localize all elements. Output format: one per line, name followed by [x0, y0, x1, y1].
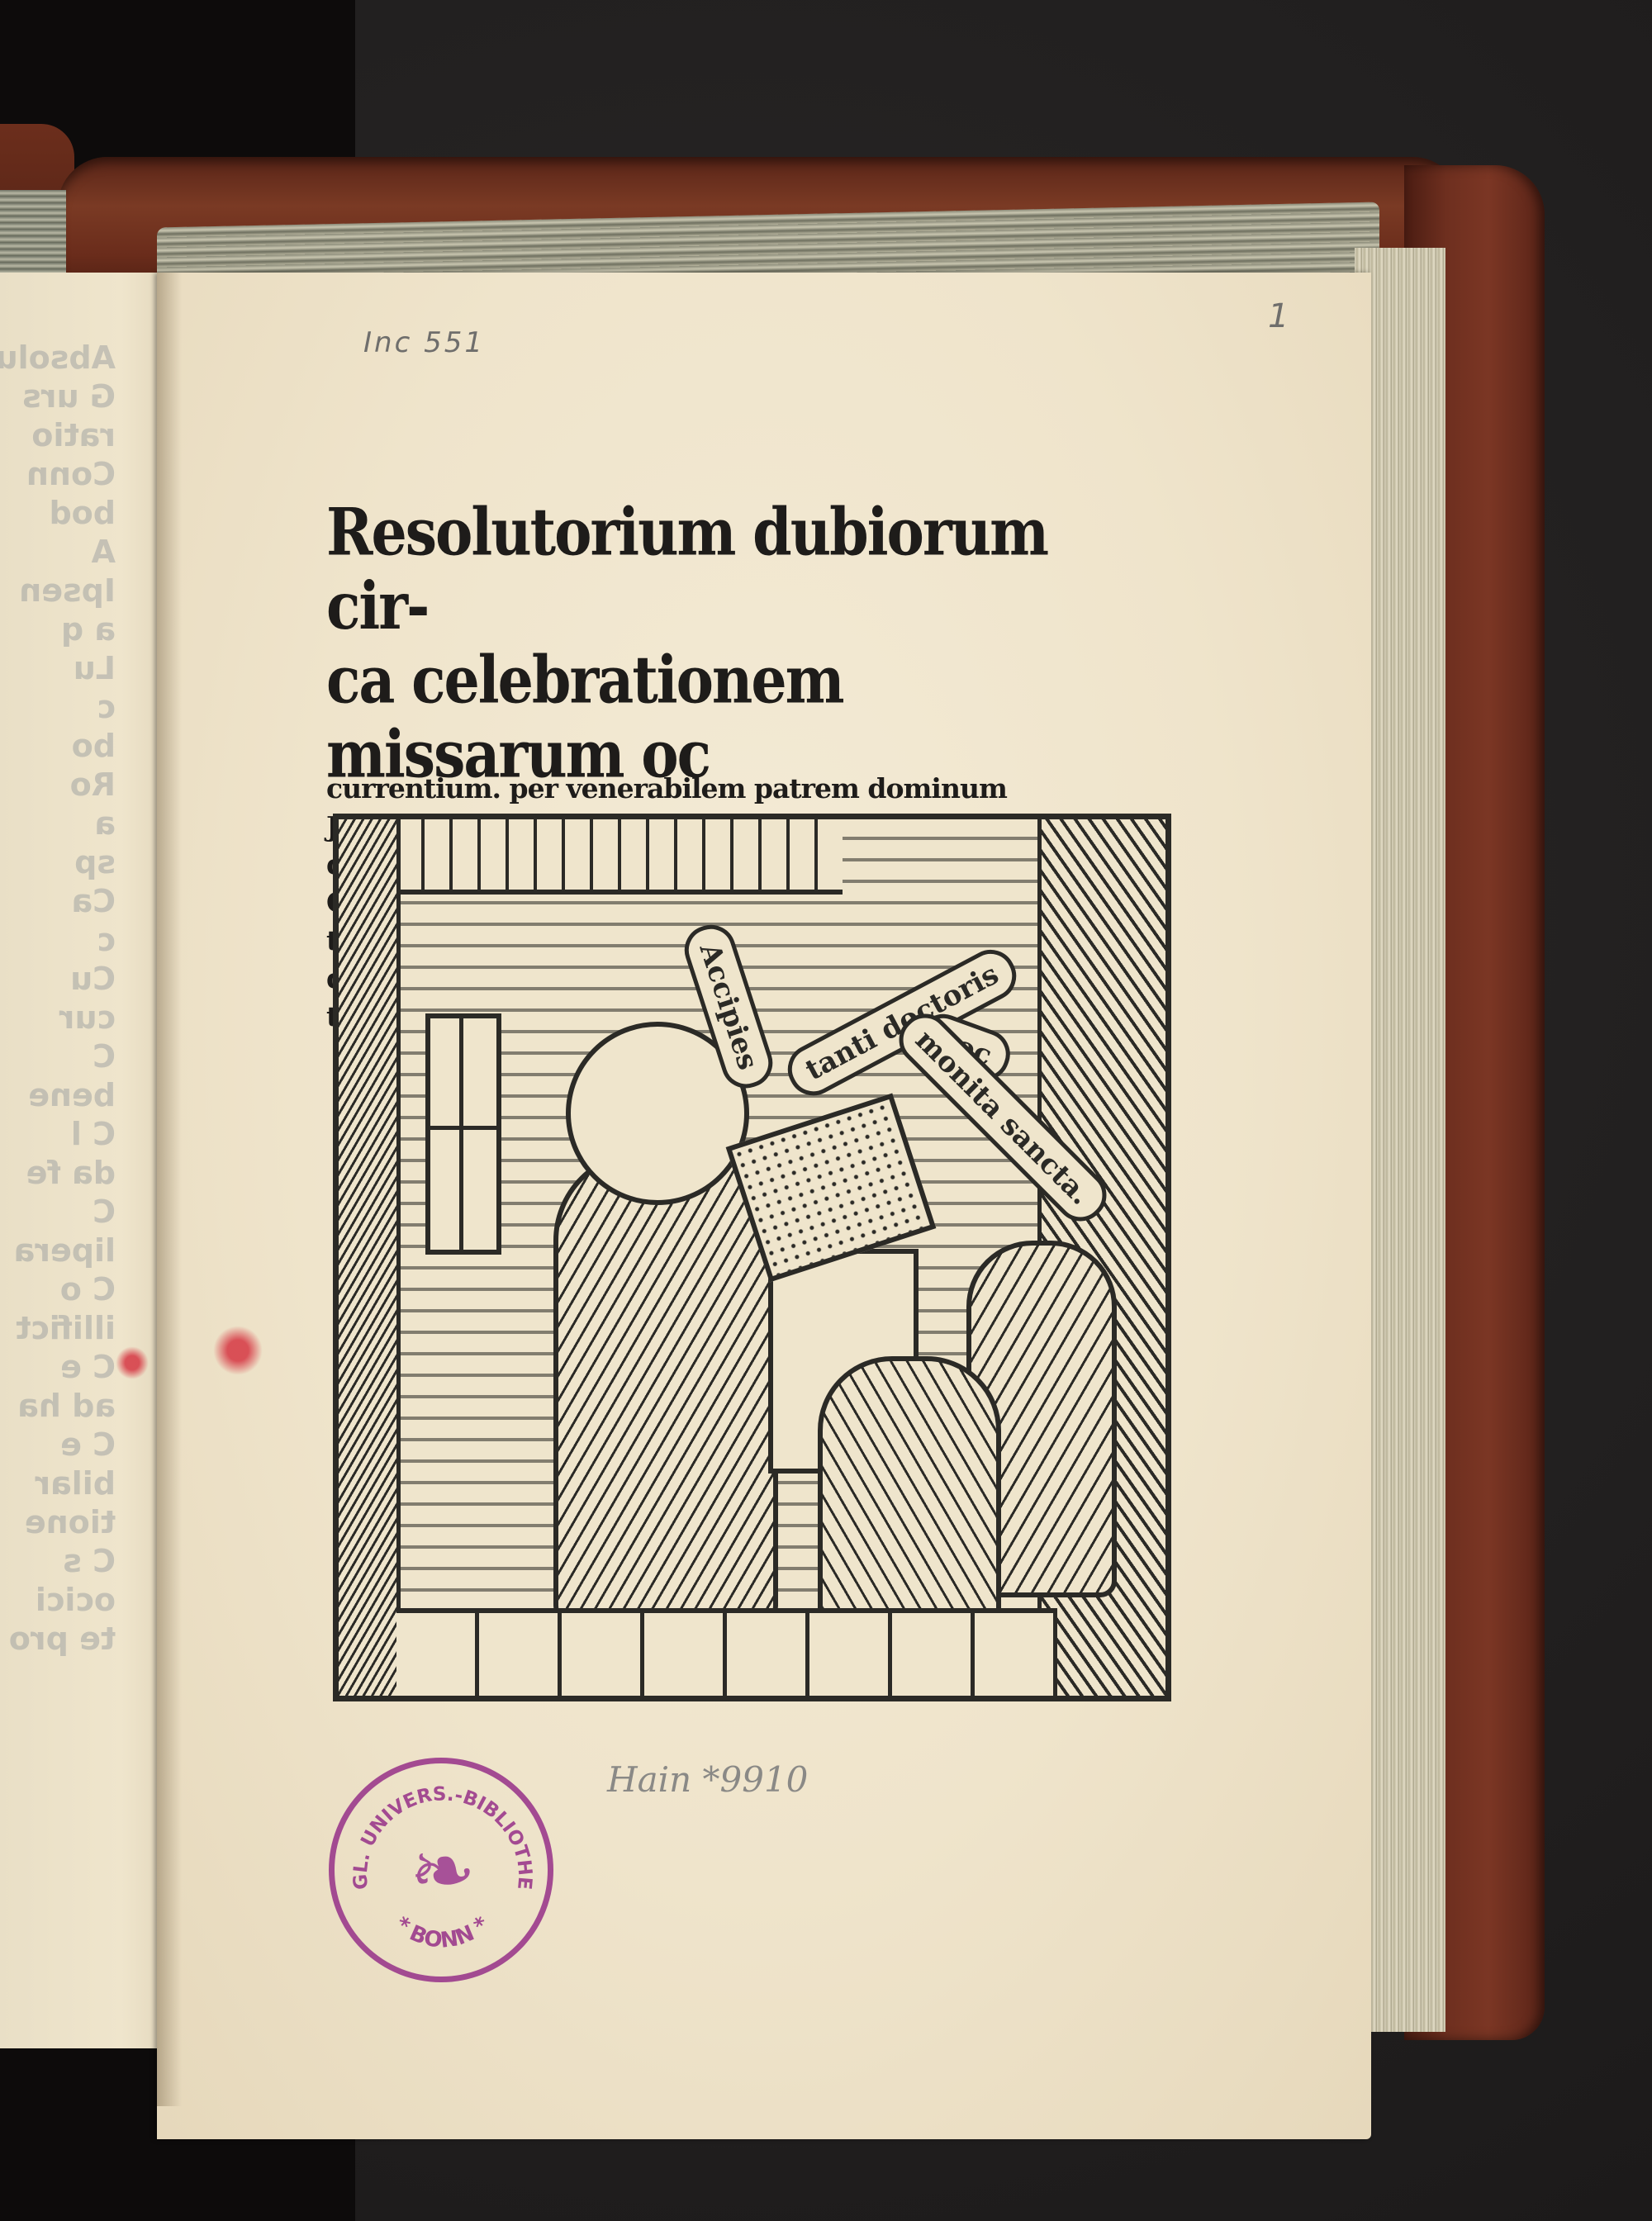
- woodcut-illustration: Accipies tanti doctoris hoc monita sanct…: [333, 814, 1171, 1701]
- title-large: Resolutorium dubiorum cir- ca celebratio…: [326, 496, 1136, 792]
- red-ink-mark-recto: [213, 1326, 263, 1375]
- title-line-2: ca celebrationem missarum oc: [326, 643, 1136, 791]
- folio-number: 1: [1268, 297, 1289, 335]
- prussian-eagle-icon: ❧: [397, 1821, 488, 1920]
- woodcut-canopy: [396, 819, 843, 895]
- woodcut-window: [425, 1013, 501, 1255]
- woodcut-saint-figure: [553, 1150, 778, 1622]
- red-ink-mark: [116, 1346, 149, 1379]
- title-line-1: Resolutorium dubiorum cir-: [326, 496, 1136, 643]
- library-stamp: KGL. UNIVERS.-BIBLIOTHEK * BONN * ❧: [329, 1758, 553, 1982]
- woodcut-kneeling-child: [818, 1356, 1001, 1639]
- gutter-shadow: [157, 273, 182, 2106]
- hain-reference-annotation: Hain *9910: [607, 1759, 808, 1800]
- bleed-through-text: Absolu G urs ratio Conn bod A Ipsen a q …: [0, 339, 116, 1867]
- verso-page: Absolu G urs ratio Conn bod A Ipsen a q …: [0, 273, 173, 2048]
- woodcut-left-pillar: [339, 819, 401, 1696]
- woodcut-tiled-floor: [396, 1608, 1057, 1696]
- shelfmark-annotation: Inc 551: [363, 326, 485, 359]
